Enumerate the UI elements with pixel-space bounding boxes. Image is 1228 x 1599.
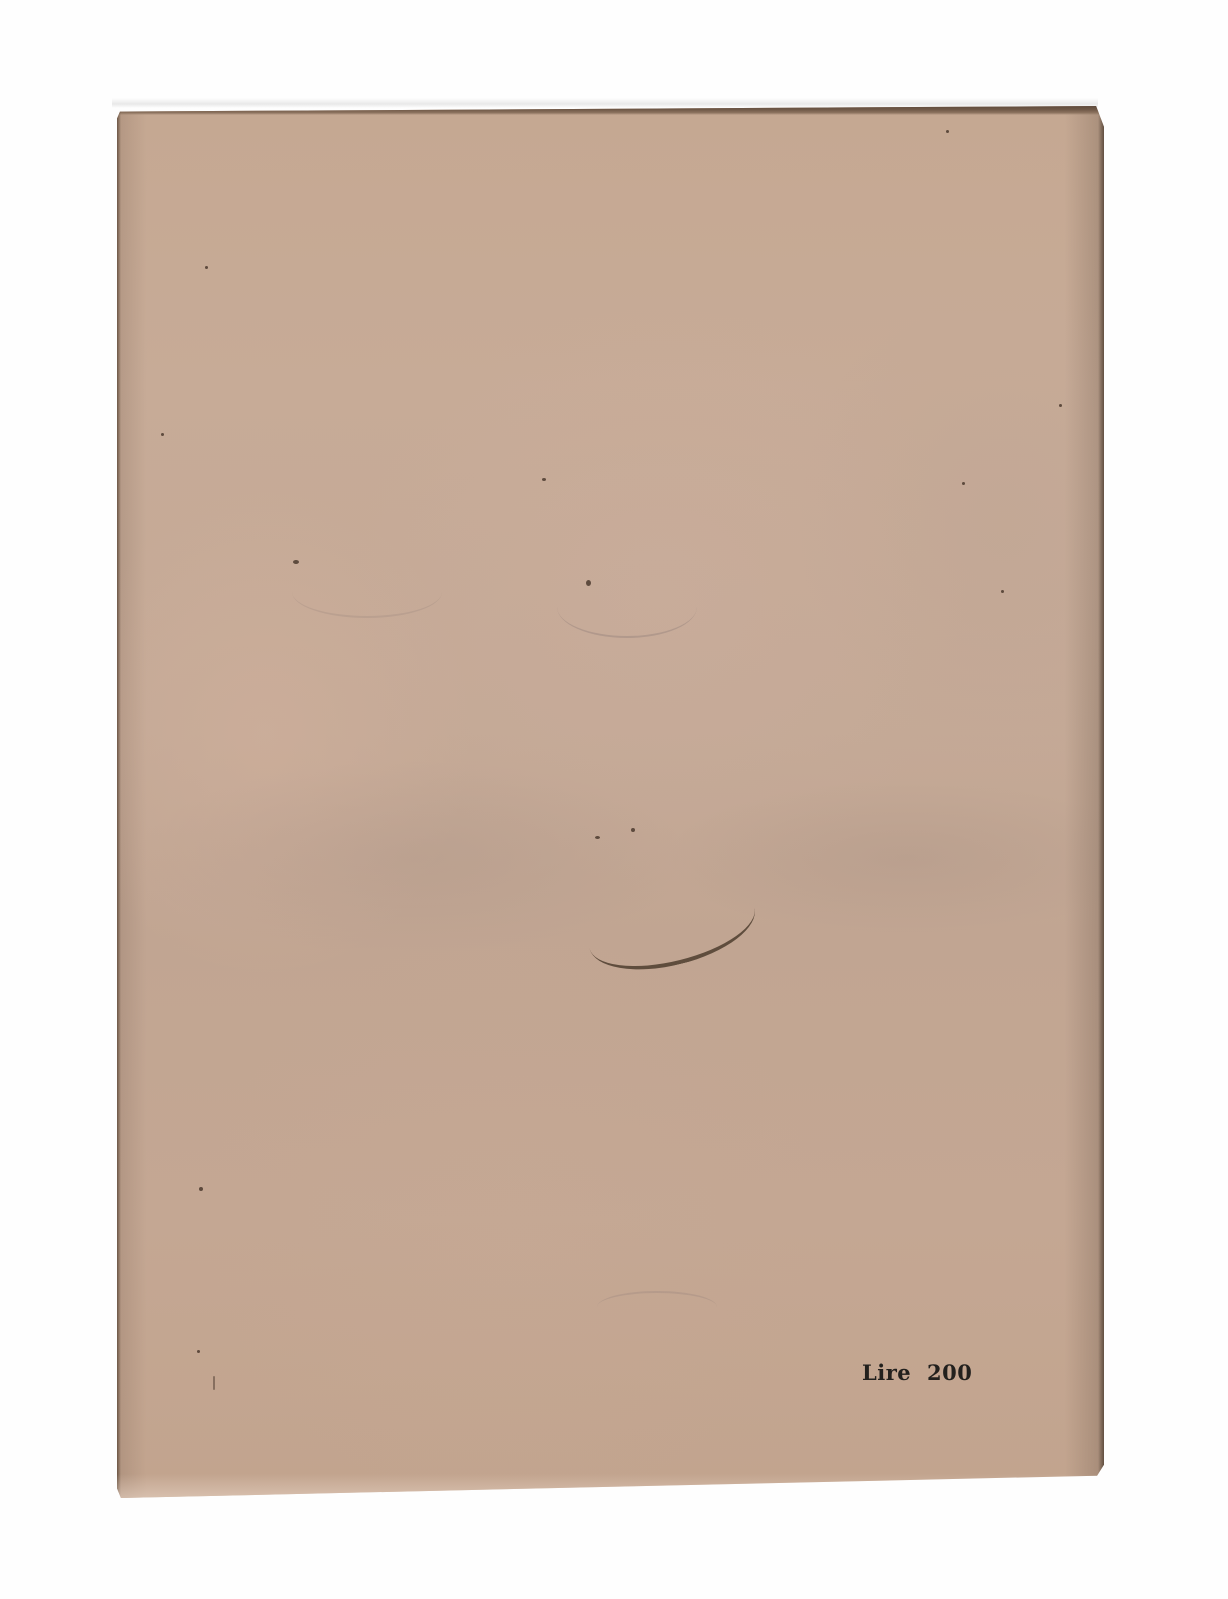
- wear-mark: [557, 576, 697, 638]
- speck: [542, 478, 546, 481]
- cover-bottom-edge: [117, 1458, 1104, 1498]
- cover-left-edge: [117, 106, 121, 1498]
- speck: [962, 482, 965, 485]
- speck: [586, 580, 591, 586]
- cover-right-edge: [1098, 106, 1104, 1498]
- speck: [1059, 404, 1062, 407]
- back-cover: Lire 200: [117, 106, 1104, 1498]
- ink-stain: [581, 872, 764, 985]
- speck: [946, 130, 949, 133]
- wear-mark: [292, 566, 442, 618]
- speck: [1001, 590, 1004, 593]
- wear-mark: [597, 1291, 717, 1323]
- speck: [631, 828, 635, 832]
- speck: [197, 1350, 200, 1353]
- speck: [199, 1187, 203, 1191]
- scan-background: Lire 200: [0, 0, 1228, 1599]
- speck: [213, 1376, 215, 1390]
- speck: [293, 560, 299, 564]
- scan-artifact: [112, 98, 1098, 108]
- speck: [595, 836, 600, 839]
- speck: [205, 266, 208, 269]
- price-label: Lire 200: [862, 1360, 972, 1385]
- speck: [161, 433, 164, 436]
